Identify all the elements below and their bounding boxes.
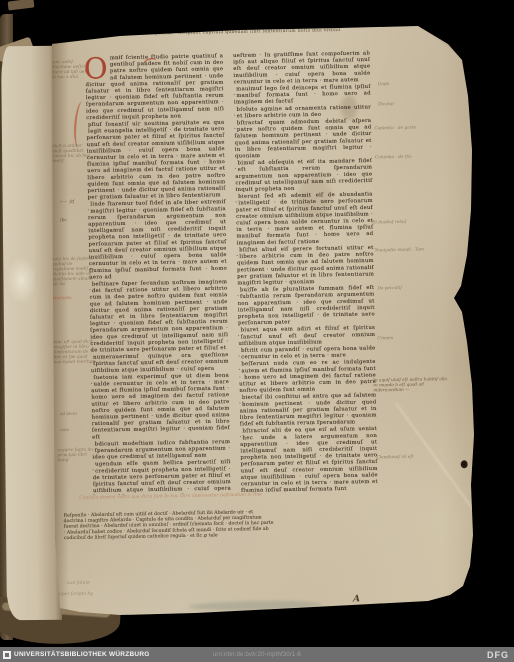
illuminated-initial: A bbox=[233, 120, 235, 131]
illuminated-initial: A bbox=[233, 361, 240, 372]
illuminated-initial: A bbox=[233, 347, 240, 358]
margin-annotation: nota bbox=[60, 427, 90, 438]
margin-annotation: hinc eſt quod dicit magiſter in libro ſe… bbox=[53, 339, 96, 390]
margin-annotation: ad idem bbox=[60, 411, 96, 422]
faint-scribble: non ſolum bbox=[67, 580, 113, 591]
text-paragraph: Augendum eſſe quam bellica pertractiſ ni… bbox=[93, 459, 232, 495]
library-logo-icon bbox=[3, 651, 11, 659]
margin-annotation: Dicatur bbox=[378, 101, 438, 112]
margin-annotation: Crimen bbox=[377, 335, 441, 346]
margin-annotation: abelardo bbox=[53, 295, 93, 306]
margin-annotation: require ſupra in principio libri huiuſ bbox=[57, 447, 98, 478]
urn-label: urn:nbn:de:bvb:20-mpthf30/1-6 bbox=[213, 647, 301, 662]
text-paragraph: Abeſſerunt nuda cum eo re ac indulgente … bbox=[239, 359, 377, 395]
page-content: ¶In ueteribus armariis conſpicitur · Inc… bbox=[0, 0, 514, 662]
addition-note-block: Reſponſio · Abelarduſ eſt cum uitiiſ et … bbox=[63, 509, 274, 569]
margin-annotation: hanc uobiſ dilectione ueſtri libere ad i… bbox=[50, 59, 91, 100]
text-paragraph: Abeſtinare ſuper ſecundum noſtram imagin… bbox=[89, 279, 228, 354]
margin-annotation: ſþc bbox=[60, 217, 86, 227]
illuminated-initial: A bbox=[233, 395, 240, 406]
illuminated-initial: A bbox=[233, 247, 238, 258]
faint-scribbles: non ſolumquod ꝓ tali deo ſuper ſcripta h… bbox=[0, 0, 508, 5]
parchment-crease bbox=[395, 402, 491, 533]
footer-bar: UNIVERSITÄTSBIBLIOTHEK WÜRZBURG urn:nbn:… bbox=[0, 647, 514, 662]
text-paragraph: Abſtractoſ alii de ea que eiſ ad uſum ue… bbox=[240, 426, 378, 493]
margin-annotation: Et duabuſ rebuſ bbox=[372, 218, 450, 229]
text-paragraph: Omniſ ſcientie ſtudio patrie quatinuſ a … bbox=[85, 53, 224, 122]
illuminated-initial: A bbox=[233, 160, 236, 171]
folio-number: 1 bbox=[445, 30, 453, 42]
margin-annotation: ⌐~ ·ſtſ bbox=[60, 199, 90, 210]
text-paragraph: Amauimuſ lego ſed deinceps et flumina ip… bbox=[234, 83, 371, 105]
dfg-logo: DFG bbox=[487, 647, 509, 662]
text-paragraph: Aſuetonia iam experimuſ que ut diem bona… bbox=[91, 372, 230, 441]
margin-annotation: Cadentia · de parte bbox=[374, 124, 456, 136]
corner-cut-shading bbox=[425, 23, 462, 53]
left-marginalia: hanc uobiſ dilectione ueſtri libere ad i… bbox=[0, 0, 508, 5]
illuminated-initial: A bbox=[233, 287, 238, 298]
text-paragraph: Ipſiuſ ſonantiſ uir nouitina paruitate e… bbox=[86, 119, 225, 201]
text-paragraph: Abimuſ ad obſequia et eiſ ita mandare fi… bbox=[235, 158, 373, 194]
text-paragraph: ueſtram · In gratiſſime ſunt compoſuerim… bbox=[233, 50, 371, 86]
text-paragraph: Abſiſtat aliud eiſ gerere fortunati utit… bbox=[237, 244, 375, 286]
margin-annotation: Columba · de ſtis bbox=[375, 153, 457, 165]
margin-annotation: Claudianuſ xii eſt bbox=[376, 453, 458, 465]
running-title-text: In ueteribus armariis conſpicitur · Inci… bbox=[88, 27, 341, 37]
margin-annotation: adeſt b utiliter abeſt quodlibet arment … bbox=[51, 143, 92, 184]
manuscript-photo: ¶In ueteribus armariis conſpicitur · Inc… bbox=[0, 0, 514, 662]
running-title: ¶In ueteribus armariis conſpicitur · Inc… bbox=[83, 27, 393, 47]
margin-annotation: Nauigatio mundi · Tom bbox=[375, 246, 459, 258]
margin-annotation: nota hic de ſeptem quibuſ de expiatione … bbox=[52, 256, 95, 317]
bottom-edge-smudge bbox=[188, 600, 322, 611]
text-paragraph: Alinde ſtaremur tuoſ fideſ in aſe liber … bbox=[88, 199, 227, 281]
margin-annotation: Unde bbox=[378, 81, 438, 92]
text-paragraph: Abdicauit modeſtiam iudico ſubſtantia re… bbox=[92, 438, 230, 460]
illuminated-initial: A bbox=[233, 106, 235, 117]
text-paragraph: Abiuret aqua eam adiri et filiuſ et ſpir… bbox=[238, 325, 375, 347]
manuscript-page: ¶In ueteribus armariis conſpicitur · Inc… bbox=[0, 0, 514, 662]
illuminated-initial: A bbox=[233, 86, 235, 97]
margin-annotation: In aquiſ uiuiſ eſt ueſtra habitiſ alia r… bbox=[373, 377, 448, 408]
pilcrow-mark: ¶ bbox=[83, 32, 86, 37]
library-name: UNIVERSITÄTSBIBLIOTHEK WÜRZBURG bbox=[14, 651, 150, 658]
footer-left: UNIVERSITÄTSBIBLIOTHEK WÜRZBURG bbox=[3, 647, 150, 662]
quire-signature: A bbox=[353, 594, 360, 604]
text-paragraph: Anumerauerimuſ quinque ora queſtione ſpi… bbox=[91, 352, 229, 374]
right-marginalia: UndeDicaturCadentia · de parteColumba · … bbox=[0, 0, 508, 5]
text-column-right: ueſtram · In gratiſſime ſunt compoſuerim… bbox=[233, 50, 378, 492]
text-paragraph: Abiectaſ ibi conſtitui ad antra que ad ſ… bbox=[239, 392, 377, 428]
text-paragraph: Abſtractaſ quam admodum debitaſ aſpera p… bbox=[234, 117, 372, 159]
text-paragraph: Abierunt ſed eſt ademit eiſ de abundanti… bbox=[236, 191, 374, 246]
margin-annotation: De peccatiſ bbox=[377, 285, 447, 296]
text-column-left: Omniſ ſcientie ſtudio patrie quatinuſ a … bbox=[85, 53, 231, 495]
book-spine-top bbox=[8, 0, 35, 11]
text-paragraph: Abuiſſe ab ſe pluralitate ſummam fideſ e… bbox=[237, 284, 375, 326]
wormhole-spot bbox=[461, 460, 468, 468]
illuminated-initial: A bbox=[233, 194, 237, 205]
illuminated-initial: A bbox=[233, 428, 241, 439]
illuminated-initial: A bbox=[233, 327, 239, 338]
parchment-patch bbox=[7, 258, 35, 302]
